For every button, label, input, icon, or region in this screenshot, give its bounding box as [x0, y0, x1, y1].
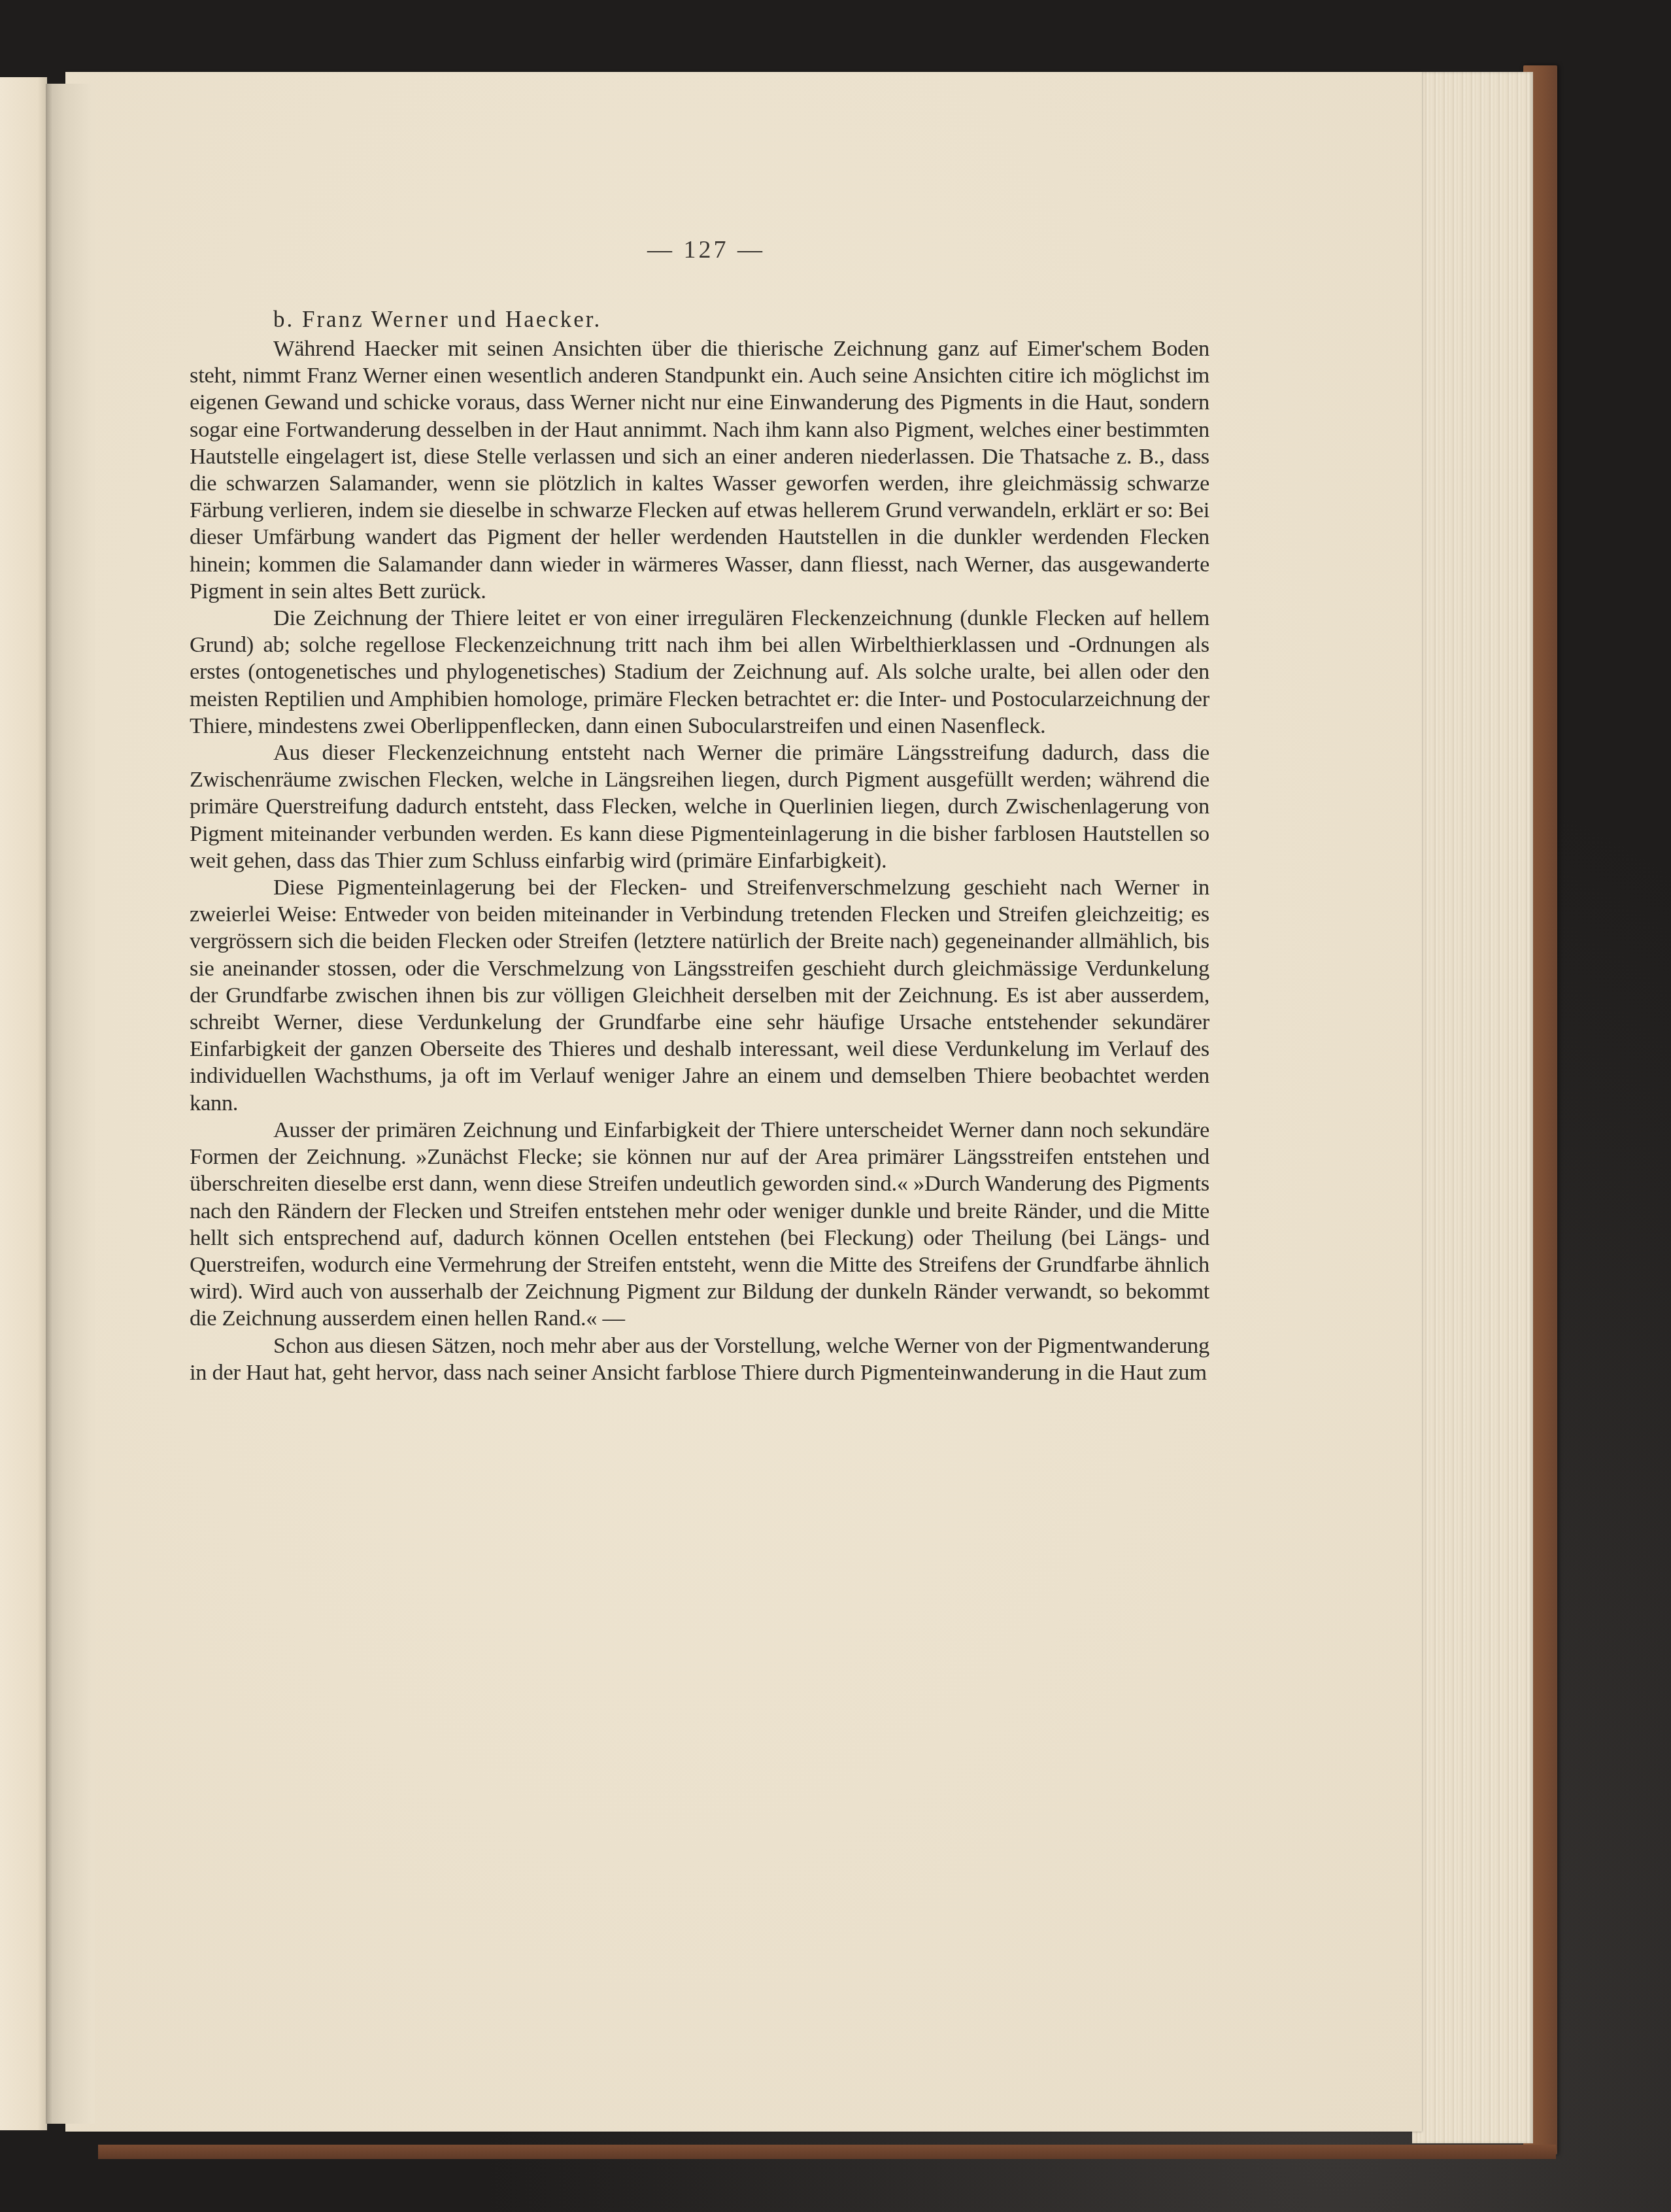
page-text-block: — 127 — b. Franz Werner und Haecker. Wäh… — [190, 235, 1209, 1386]
paragraph: Schon aus diesen Sätzen, noch mehr aber … — [190, 1333, 1209, 1386]
book-page: — 127 — b. Franz Werner und Haecker. Wäh… — [65, 72, 1422, 2132]
paragraph: Ausser der primären Zeichnung und Einfar… — [190, 1117, 1209, 1333]
page-gutter-shadow — [46, 84, 95, 2124]
paragraph: Diese Pigmenteinlagerung bei der Flecken… — [190, 874, 1209, 1117]
book-cover-bottom-edge — [98, 2145, 1556, 2159]
page-stack-edges — [1412, 72, 1533, 2143]
left-page-sliver — [0, 77, 47, 2130]
page-number: — 127 — — [190, 235, 1209, 264]
section-heading: b. Franz Werner und Haecker. — [190, 306, 1209, 333]
paragraph: Während Haecker mit seinen Ansichten übe… — [190, 335, 1209, 605]
paragraph: Aus dieser Fleckenzeichnung entsteht nac… — [190, 740, 1209, 874]
paragraph: Die Zeichnung der Thiere leitet er von e… — [190, 605, 1209, 740]
